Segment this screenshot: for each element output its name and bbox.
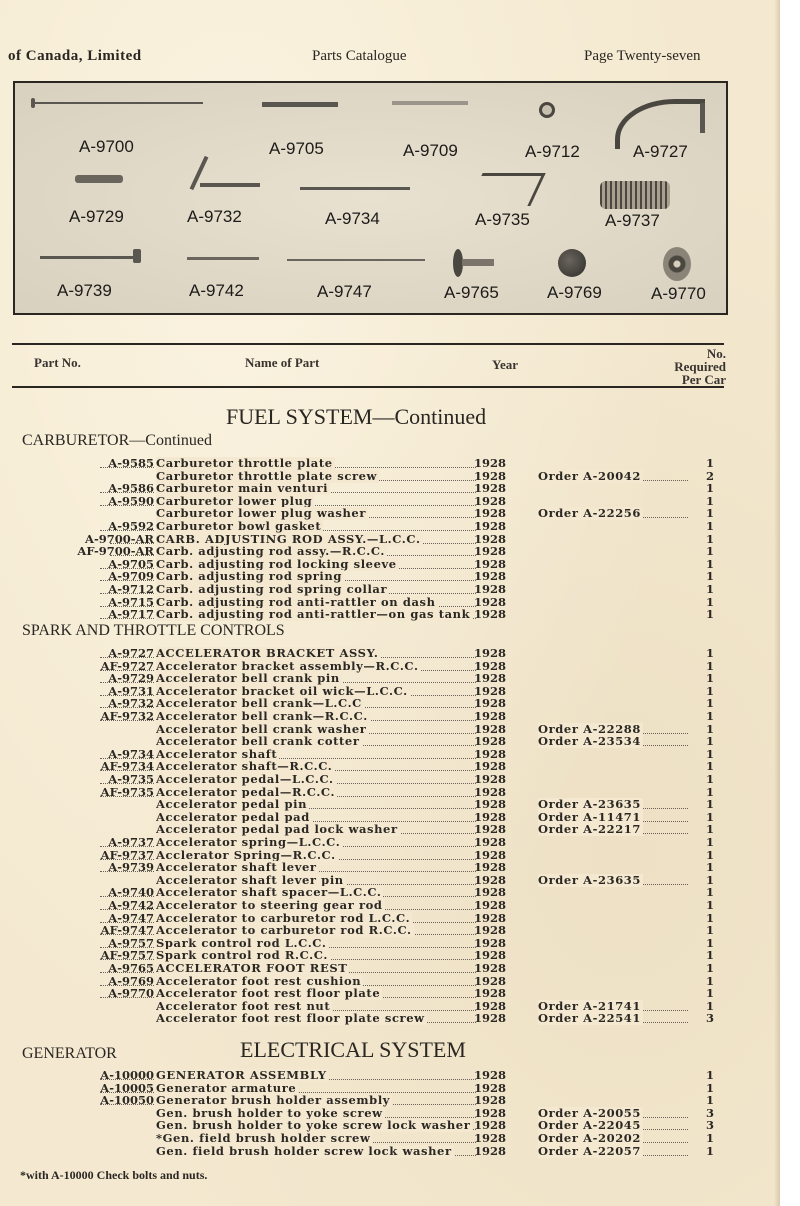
sleeve-illustration [262, 102, 338, 107]
part-name-text: Accelerator spring—L.C.C. [156, 836, 342, 849]
part-name: Accelerator foot rest floor plate [156, 987, 476, 1000]
part-name: Generator brush holder assembly [156, 1094, 476, 1107]
part-name-text: Spark control rod L.C.C. [156, 937, 328, 950]
part-year: 1928 [474, 1012, 506, 1025]
part-name-text: Carb. adjusting rod locking sleeve [156, 558, 399, 571]
table-row: Accelerator pedal pad1928Order A-114711 [0, 811, 780, 824]
part-name-text: Carburetor lower plug [156, 495, 314, 508]
dotted-line [100, 997, 154, 998]
part-name-text: Gen. brush holder to yoke screw lock was… [156, 1119, 472, 1132]
part-leader-dots [100, 861, 154, 874]
part-name: Accelerator foot rest cushion [156, 975, 476, 988]
part-name: Accelerator spring—L.C.C. [156, 836, 476, 849]
rod-illustration [33, 102, 203, 104]
part-name: Spark control rod L.C.C. [156, 937, 476, 950]
part-name: Gen. field brush holder screw lock washe… [156, 1145, 476, 1158]
dotted-line [100, 657, 154, 658]
order-reference: Order A-22288 [538, 723, 688, 736]
plate-label: A-9742 [189, 281, 244, 301]
plate-label: A-9732 [187, 207, 242, 227]
column-header-year: Year [492, 357, 518, 373]
part-name: Accelerator pedal pin [156, 798, 476, 811]
part-name: Carb. adjusting rod locking sleeve [156, 558, 476, 571]
part-name-text: Generator brush holder assembly [156, 1094, 392, 1107]
shaft-illustration [300, 187, 410, 190]
table-row: A-9717Carb. adjusting rod anti-rattler—o… [0, 608, 780, 621]
part-name-text: Carburetor main venturi [156, 482, 330, 495]
section-title: ELECTRICAL SYSTEM [240, 1037, 466, 1063]
dotted-line [100, 783, 154, 784]
part-leader-dots [100, 457, 154, 470]
part-name: Accelerator shaft lever pin [156, 874, 476, 887]
order-reference: Order A-20202 [538, 1132, 688, 1145]
quantity-required: 3 [706, 1012, 714, 1025]
order-reference: Order A-23534 [538, 735, 688, 748]
header-title: Parts Catalogue [312, 48, 407, 65]
part-name-text: Generator armature [156, 1082, 298, 1095]
dotted-line [100, 796, 154, 797]
table-row: A-9585Carburetor throttle plate19281 [0, 457, 780, 470]
part-name-text: Accelerator bell crank washer [156, 723, 368, 736]
spring-rod-illustration [392, 101, 468, 105]
part-name-text: CARB. ADJUSTING ROD ASSY.—L.C.C. [156, 533, 423, 546]
part-name: ACCELERATOR BRACKET ASSY. [156, 647, 476, 660]
order-reference: Order A-20042 [538, 470, 688, 483]
part-name-text: Accelerator to carburetor rod R.C.C. [156, 924, 414, 937]
plate-label: A-9735 [475, 210, 530, 230]
part-name-text: Accelerator shaft spacer—L.C.C. [156, 886, 383, 899]
part-name: Accelerator to carburetor rod L.C.C. [156, 912, 476, 925]
table-row: Gen. brush holder to yoke screw lock was… [0, 1119, 780, 1132]
part-name-text: Carb. adjusting rod anti-rattler on dash [156, 596, 438, 609]
part-name: CARB. ADJUSTING ROD ASSY.—L.C.C. [156, 533, 476, 546]
part-name-text: Carburetor throttle plate [156, 457, 335, 470]
part-name: Carburetor bowl gasket [156, 520, 476, 533]
part-name: Accelerator bell crank pin [156, 672, 476, 685]
plate-label: A-9712 [525, 142, 580, 162]
order-number: Order A-23534 [538, 735, 643, 748]
part-year: 1928 [474, 1145, 506, 1158]
part-name: Accelerator bell crank cotter [156, 735, 476, 748]
part-name-text: Accelerator bracket assembly—R.C.C. [156, 660, 421, 673]
part-name: Acclerator Spring—R.C.C. [156, 849, 476, 862]
dotted-line [100, 871, 154, 872]
column-header-bottom-rule [12, 386, 724, 388]
part-name: Carburetor throttle plate [156, 457, 476, 470]
table-row: Accelerator foot rest nut1928Order A-217… [0, 1000, 780, 1013]
footnote: *with A-10000 Check bolts and nuts. [20, 1168, 207, 1183]
order-number: Order A-20055 [538, 1107, 643, 1120]
part-name-text: Accelerator shaft lever pin [156, 874, 346, 887]
order-number: Order A-22288 [538, 723, 643, 736]
part-name: Accelerator pedal pad [156, 811, 476, 824]
part-name: Carburetor throttle plate screw [156, 470, 476, 483]
part-name-text: Carburetor bowl gasket [156, 520, 323, 533]
part-name-text: Carb. adjusting rod spring [156, 570, 344, 583]
group-heading: SPARK AND THROTTLE CONTROLS [22, 622, 285, 640]
table-row: AF-9732Accelerator bell crank—R.C.C.1928… [0, 710, 780, 723]
part-name: Accelerator to carburetor rod R.C.C. [156, 924, 476, 937]
bracket-arm-illustration [700, 103, 705, 133]
part-name-text: Accelerator pedal—R.C.C. [156, 786, 337, 799]
part-name-text: Accelerator shaft—R.C.C. [156, 760, 334, 773]
part-name-text: Acclerator Spring—R.C.C. [156, 849, 338, 862]
part-name-text: Carburetor throttle plate screw [156, 470, 379, 483]
part-leader-dots [100, 495, 154, 508]
part-name-text: Spark control rod R.C.C. [156, 949, 330, 962]
part-name: Accelerator shaft lever [156, 861, 476, 874]
cushion-illustration [558, 249, 586, 277]
table-row: Accelerator pedal pin1928Order A-236351 [0, 798, 780, 811]
order-reference: Order A-22541 [538, 1012, 688, 1025]
part-name-text: Accelerator pedal—L.C.C. [156, 773, 336, 786]
order-number: Order A-20042 [538, 470, 643, 483]
part-name: Carburetor main venturi [156, 482, 476, 495]
table-row: A-9590Carburetor lower plug19281 [0, 495, 780, 508]
part-name: Carburetor lower plug [156, 495, 476, 508]
order-reference: Order A-23635 [538, 874, 688, 887]
table-row: Gen. brush holder to yoke screw1928Order… [0, 1107, 780, 1120]
part-name: Accelerator pedal pad lock washer [156, 823, 476, 836]
order-number: Order A-11471 [538, 811, 643, 824]
part-name: Accelerator foot rest nut [156, 1000, 476, 1013]
part-name: Accelerator to steering gear rod [156, 899, 476, 912]
column-header-part-no: Part No. [34, 355, 81, 371]
plate-label: A-9769 [547, 283, 602, 303]
part-name-text: Carb. adjusting rod anti-rattler—on gas … [156, 608, 472, 621]
pin-illustration [75, 175, 123, 183]
dotted-line [100, 530, 154, 531]
part-name: Accelerator bracket oil wick—L.C.C. [156, 685, 476, 698]
rod-end-illustration [31, 98, 35, 108]
quantity-required: 1 [706, 608, 714, 621]
plate-label: A-9729 [69, 207, 124, 227]
part-name-text: Accelerator bell crank cotter [156, 735, 362, 748]
part-name: Accelerator bell crank washer [156, 723, 476, 736]
part-leader-dots [100, 987, 154, 1000]
table-row: A-9739Accelerator shaft lever19281 [0, 861, 780, 874]
part-name: Gen. brush holder to yoke screw [156, 1107, 476, 1120]
part-name-text: Accelerator foot rest nut [156, 1000, 332, 1013]
part-name: *Gen. field brush holder screw [156, 1132, 476, 1145]
plate-label: A-9747 [317, 282, 372, 302]
part-name: Accelerator bracket assembly—R.C.C. [156, 660, 476, 673]
steering-rod-illustration [187, 257, 259, 260]
dotted-line [100, 467, 154, 468]
part-name-text: Accelerator to carburetor rod L.C.C. [156, 912, 412, 925]
part-leader-dots [100, 786, 154, 799]
part-name-text: Accelerator to steering gear rod [156, 899, 385, 912]
part-leader-dots [100, 1094, 154, 1107]
plate-label: A-9739 [57, 281, 112, 301]
part-name-text: Accelerator foot rest floor plate [156, 987, 382, 1000]
floor-plate-illustration [663, 247, 691, 281]
table-row: Accelerator foot rest floor plate screw1… [0, 1012, 780, 1025]
part-name: Carb. adjusting rod spring [156, 570, 476, 583]
lever-end-illustration [133, 249, 141, 263]
lever-illustration [40, 256, 136, 259]
order-number: Order A-23635 [538, 874, 643, 887]
part-name: Carburetor lower plug washer [156, 507, 476, 520]
order-reference: Order A-21741 [538, 1000, 688, 1013]
part-name: Generator armature [156, 1082, 476, 1095]
dotted-line [100, 618, 154, 619]
plate-label: A-9737 [605, 211, 660, 231]
part-leader-dots [100, 608, 154, 621]
catalogue-page: of Canada, Limited Parts Catalogue Page … [0, 0, 780, 1206]
part-name: Accelerator shaft—R.C.C. [156, 760, 476, 773]
plate-label: A-9705 [269, 139, 324, 159]
part-name-text: Accelerator bell crank pin [156, 672, 342, 685]
order-number: Order A-20202 [538, 1132, 643, 1145]
dotted-line [100, 505, 154, 506]
pedal-illustration [467, 173, 545, 206]
foot-rest-stem-illustration [462, 259, 494, 266]
plate-label: A-9700 [79, 137, 134, 157]
part-name: Accelerator shaft [156, 748, 476, 761]
spring-illustration [600, 181, 670, 209]
column-header-top-rule [12, 343, 724, 345]
dotted-line [100, 1104, 154, 1105]
table-row: Gen. field brush holder screw lock washe… [0, 1145, 780, 1158]
part-name-text: Gen. brush holder to yoke screw [156, 1107, 385, 1120]
part-name-text: Accelerator bell crank—L.C.C [156, 697, 364, 710]
collar-illustration [539, 102, 555, 118]
group-heading: GENERATOR [22, 1045, 117, 1063]
order-number: Order A-22045 [538, 1119, 643, 1132]
part-name: GENERATOR ASSEMBLY [156, 1069, 476, 1082]
part-name: Accelerator shaft spacer—L.C.C. [156, 886, 476, 899]
quantity-required: 1 [706, 1145, 714, 1158]
bell-crank-illustration [200, 183, 260, 187]
part-name-text: Accelerator foot rest floor plate screw [156, 1012, 427, 1025]
part-name-text: Accelerator bell crank—R.C.C. [156, 710, 370, 723]
part-name: ACCELERATOR FOOT REST [156, 962, 476, 975]
plate-label: A-9727 [633, 142, 688, 162]
part-name-text: Accelerator shaft [156, 748, 279, 761]
part-name-text: Accelerator pedal pad lock washer [156, 823, 400, 836]
order-reference: Order A-11471 [538, 811, 688, 824]
order-number: Order A-22217 [538, 823, 643, 836]
plate-label: A-9734 [325, 209, 380, 229]
part-name-text: ACCELERATOR FOOT REST [156, 962, 349, 975]
part-name: Spark control rod R.C.C. [156, 949, 476, 962]
order-reference: Order A-22045 [538, 1119, 688, 1132]
column-header-name: Name of Part [245, 355, 319, 371]
table-row: *Gen. field brush holder screw1928Order … [0, 1132, 780, 1145]
part-name: Carb. adjusting rod assy.—R.C.C. [156, 545, 476, 558]
part-name-text: Carburetor lower plug washer [156, 507, 368, 520]
part-name-text: GENERATOR ASSEMBLY [156, 1069, 329, 1082]
plate-label: A-9770 [651, 284, 706, 304]
part-name-text: Accelerator pedal pad [156, 811, 312, 824]
order-number: Order A-21741 [538, 1000, 643, 1013]
table-row: AF-9735Accelerator pedal—R.C.C.19281 [0, 786, 780, 799]
part-name: Accelerator pedal—L.C.C. [156, 773, 476, 786]
order-reference: Order A-20055 [538, 1107, 688, 1120]
plate-label: A-9709 [403, 141, 458, 161]
dotted-line [100, 1079, 154, 1080]
dotted-line [100, 909, 154, 910]
part-name-text: Carb. adjusting rod spring collar [156, 583, 389, 596]
part-name: Gen. brush holder to yoke screw lock was… [156, 1119, 476, 1132]
order-number: Order A-22057 [538, 1145, 643, 1158]
dotted-line [100, 972, 154, 973]
order-number: Order A-22541 [538, 1012, 643, 1025]
part-name: Carb. adjusting rod anti-rattler on dash [156, 596, 476, 609]
header-page-number: Page Twenty-seven [584, 48, 701, 65]
part-name: Carb. adjusting rod spring collar [156, 583, 476, 596]
order-reference: Order A-22256 [538, 507, 688, 520]
part-name: Carb. adjusting rod anti-rattler—on gas … [156, 608, 476, 621]
part-name: Accelerator bell crank—L.C.C [156, 697, 476, 710]
table-row: Accelerator bell crank washer1928Order A… [0, 723, 780, 736]
group-heading: CARBURETOR—Continued [22, 432, 212, 450]
order-reference: Order A-22057 [538, 1145, 688, 1158]
part-name-text: Accelerator shaft lever [156, 861, 319, 874]
part-name-text: Gen. field brush holder screw lock washe… [156, 1145, 454, 1158]
header-company: of Canada, Limited [8, 48, 142, 65]
part-name-text: Carb. adjusting rod assy.—R.C.C. [156, 545, 387, 558]
part-name-text: ACCELERATOR BRACKET ASSY. [156, 647, 381, 660]
table-row: A-9770Accelerator foot rest floor plate1… [0, 987, 780, 1000]
order-number: Order A-23635 [538, 798, 643, 811]
plate-label: A-9765 [444, 283, 499, 303]
part-name-text: Accelerator foot rest cushion [156, 975, 363, 988]
order-reference: Order A-22217 [538, 823, 688, 836]
order-reference: Order A-23635 [538, 798, 688, 811]
section-title: FUEL SYSTEM—Continued [226, 404, 486, 430]
part-name-text: Accelerator bracket oil wick—L.C.C. [156, 685, 410, 698]
dotted-line [100, 846, 154, 847]
illustration-plate: A-9700 A-9705 A-9709 A-9712 A-9727 A-972… [13, 81, 728, 315]
part-name: Accelerator bell crank—R.C.C. [156, 710, 476, 723]
carb-rod-illustration [287, 259, 425, 261]
table-row: A-10050Generator brush holder assembly19… [0, 1094, 780, 1107]
part-leader-dots [100, 710, 154, 723]
order-number: Order A-22256 [538, 507, 643, 520]
part-name-text: Accelerator pedal pin [156, 798, 309, 811]
part-name: Accelerator pedal—R.C.C. [156, 786, 476, 799]
dotted-line [100, 593, 154, 594]
part-year: 1928 [474, 608, 506, 621]
dotted-line [100, 720, 154, 721]
part-name: Accelerator foot rest floor plate screw [156, 1012, 476, 1025]
part-name-text: *Gen. field brush holder screw [156, 1132, 372, 1145]
